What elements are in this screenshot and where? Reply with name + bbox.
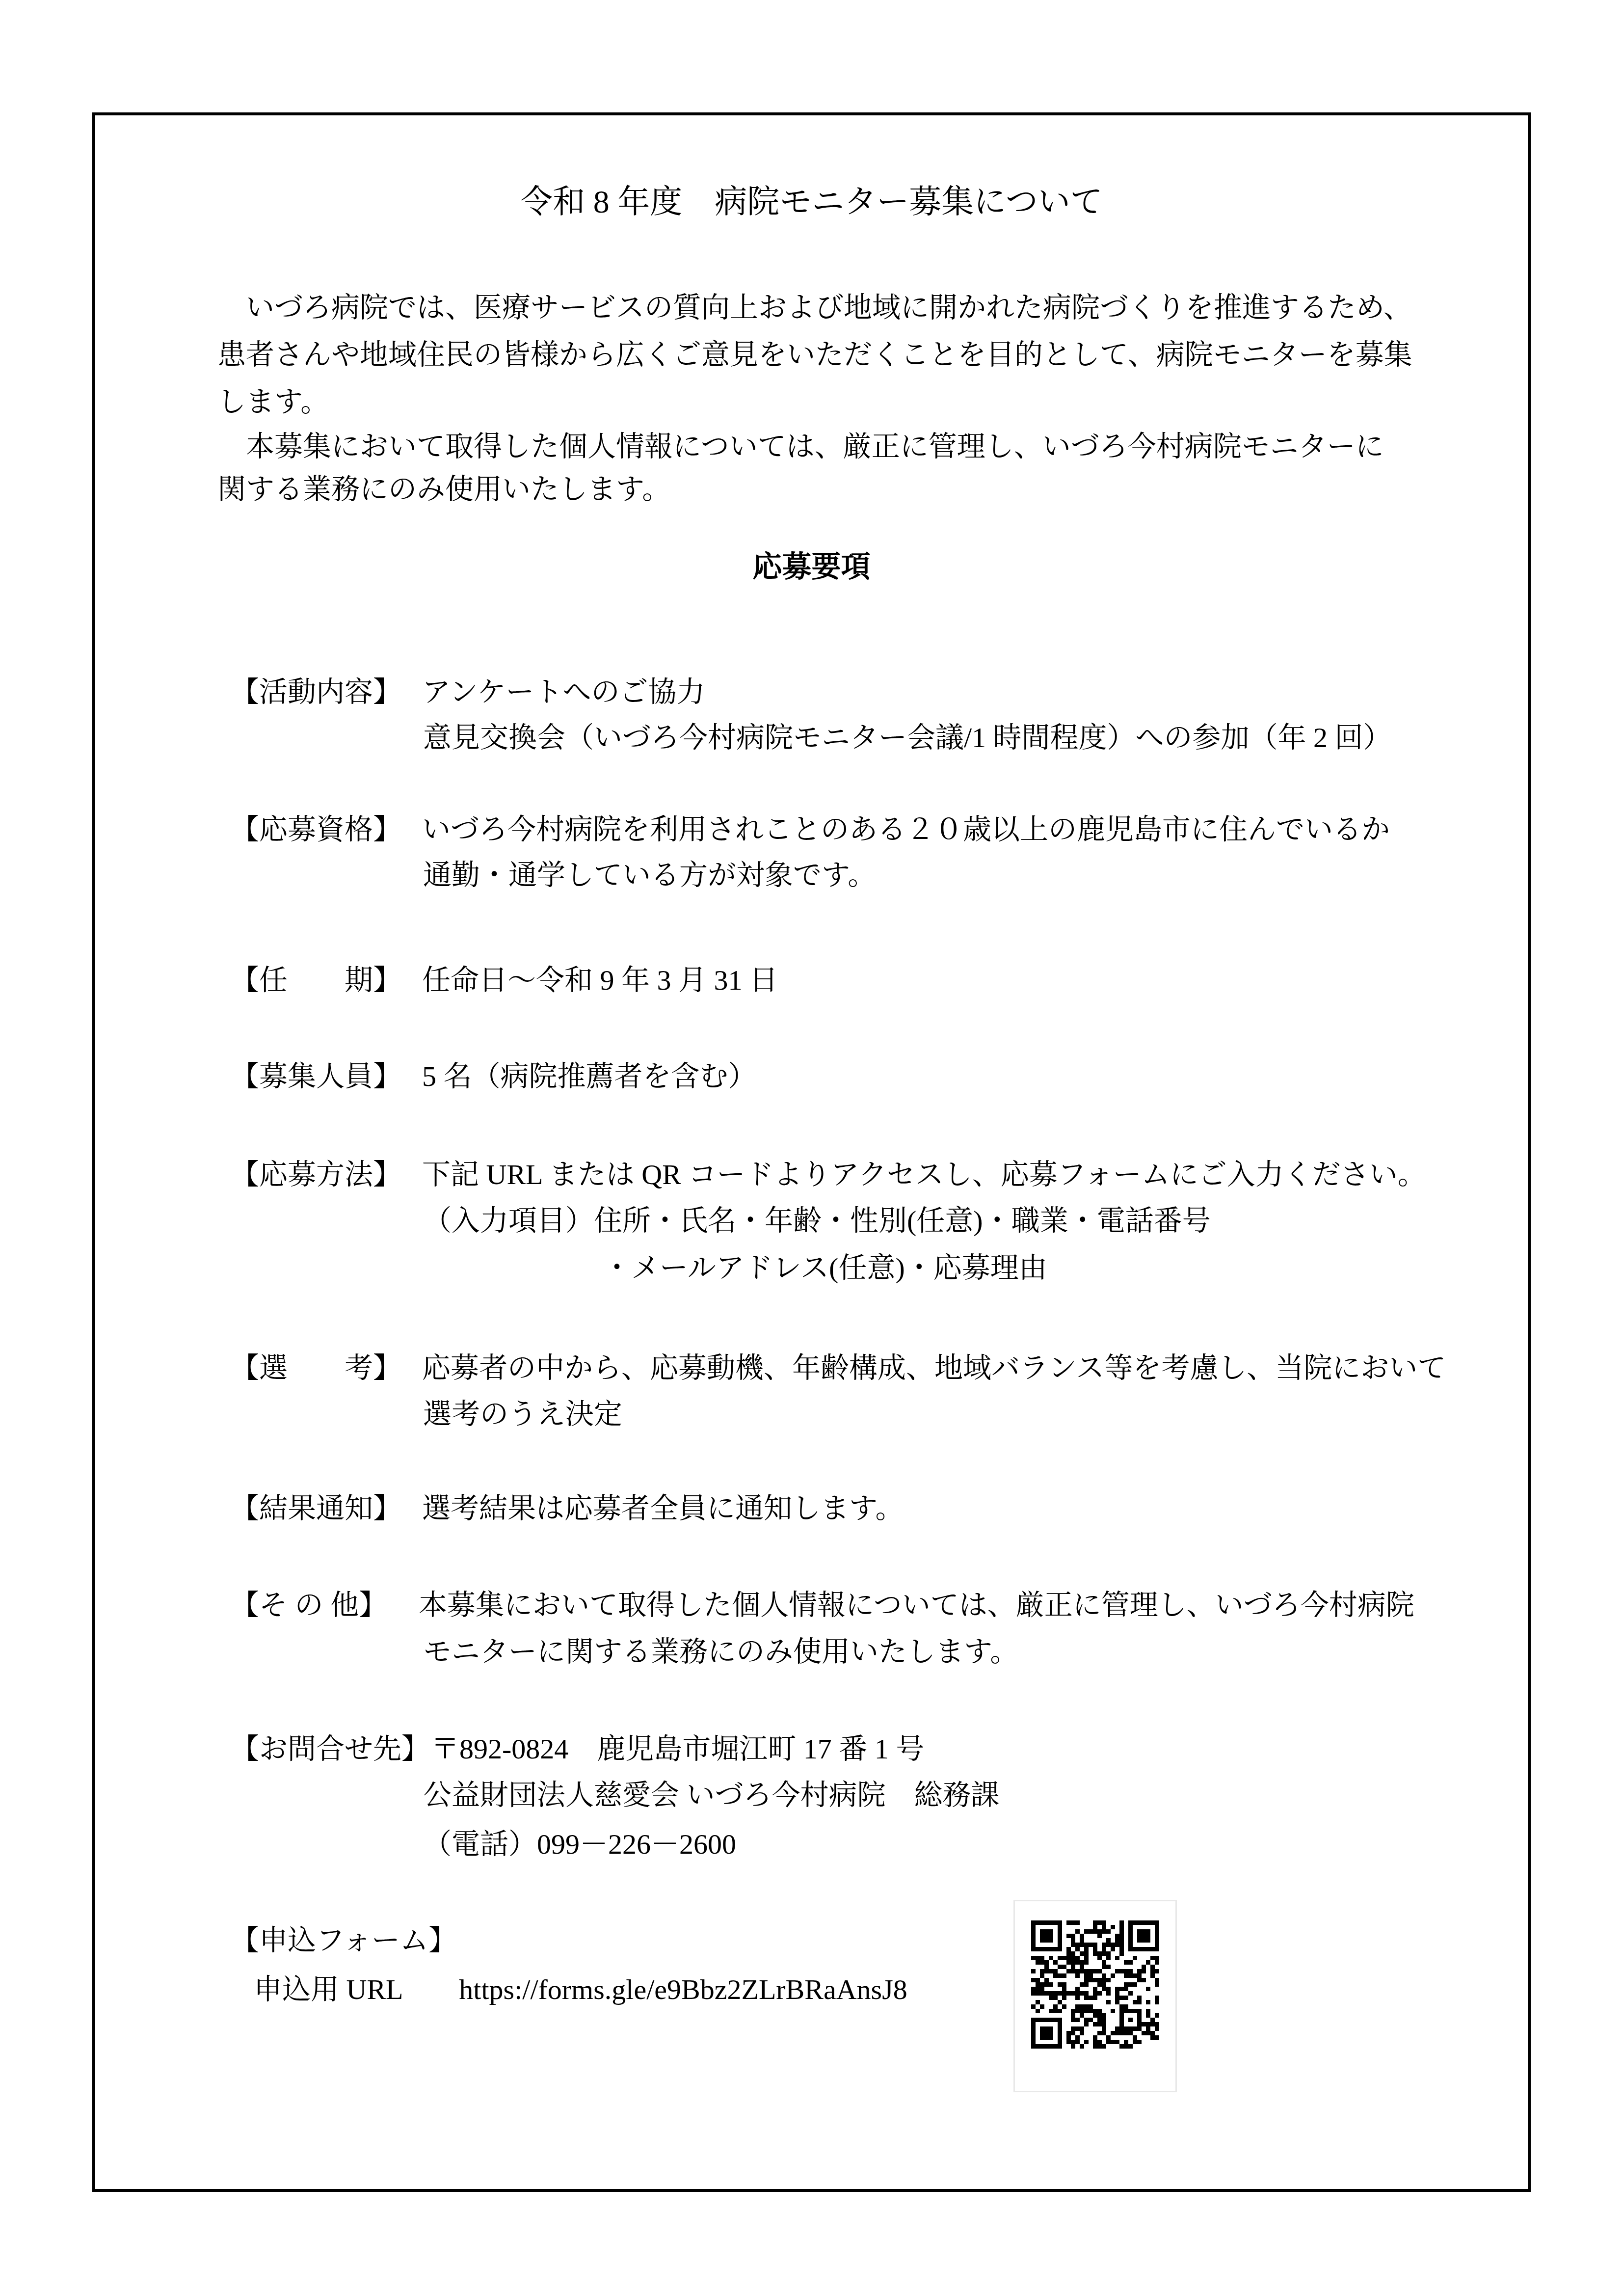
item-label: 【応募方法】: [231, 1159, 401, 1190]
item-text: 5 名（病院推薦者を含む）: [422, 1060, 757, 1092]
item-text: いづろ今村病院を利用されことのある２０歳以上の鹿児島市に住んでいるか: [422, 813, 1390, 845]
section-heading: 応募要項: [92, 549, 1531, 585]
intro-line: いづろ病院では、医療サービスの質向上および地域に開かれた病院づくりを推進するため…: [217, 291, 1412, 325]
item-contact-line1: 【お問合せ先】〒892-0824 鹿児島市堀江町 17 番 1 号: [231, 1732, 924, 1766]
item-selection-line1: 【選 考】応募者の中から、応募動機、年齢構成、地域バランス等を考慮し、当院におい…: [231, 1351, 1446, 1385]
qr-code-box: [1013, 1900, 1177, 2092]
item-contact-line2: 公益財団法人慈愛会 いづろ今村病院 総務課: [423, 1778, 1000, 1812]
item-label: 【応募資格】: [231, 813, 401, 845]
item-capacity-line1: 【募集人員】5 名（病院推薦者を含む）: [231, 1059, 757, 1094]
item-text: 下記 URL または QR コードよりアクセスし、応募フォームにご入力ください。: [422, 1159, 1426, 1190]
item-label: 【結果通知】: [231, 1492, 401, 1524]
form-url-line: 申込用 URL https://forms.gle/e9Bbz2ZLrBRaAn…: [254, 1972, 907, 2007]
item-label: 【そ の 他】: [231, 1589, 387, 1621]
item-howtoapply-line2: （入力項目）住所・氏名・年齢・性別(任意)・職業・電話番号: [423, 1204, 1211, 1238]
document-page: 令和 8 年度 病院モニター募集について いづろ病院では、医療サービスの質向上お…: [0, 0, 1623, 2296]
item-text: アンケートへのご協力: [422, 676, 705, 708]
intro-line: 患者さんや地域住民の皆様から広くご意見をいただくことを目的として、病院モニターを…: [217, 338, 1412, 372]
item-term-line1: 【任 期】任命日～令和 9 年 3 月 31 日: [231, 963, 778, 998]
item-howtoapply-line1: 【応募方法】下記 URL または QR コードよりアクセスし、応募フォームにご入…: [231, 1158, 1426, 1192]
item-eligibility-line1: 【応募資格】いづろ今村病院を利用されことのある２０歳以上の鹿児島市に住んでいるか: [231, 812, 1390, 847]
item-label: 【選 考】: [231, 1352, 401, 1384]
item-text: 応募者の中から、応募動機、年齢構成、地域バランス等を考慮し、当院において: [422, 1352, 1446, 1384]
item-label: 【任 期】: [231, 964, 401, 996]
intro-line: 関する業務にのみ使用いたします。: [217, 472, 670, 507]
item-text: 任命日～令和 9 年 3 月 31 日: [422, 964, 778, 996]
item-selection-line2: 選考のうえ決定: [423, 1397, 622, 1432]
item-activity-line1: 【活動内容】アンケートへのご協力: [231, 675, 705, 709]
page-title: 令和 8 年度 病院モニター募集について: [92, 183, 1531, 222]
item-activity-line2: 意見交換会（いづろ今村病院モニター会議/1 時間程度）への参加（年 2 回）: [423, 721, 1392, 755]
item-other-line2: モニターに関する業務にのみ使用いたします。: [423, 1635, 1018, 1669]
intro-line: 本募集において取得した個人情報については、厳正に管理し、いづろ今村病院モニターに: [217, 430, 1384, 464]
item-howtoapply-line3: ・メールアドレス(任意)・応募理由: [603, 1251, 1047, 1285]
qr-code: [1029, 1918, 1162, 2052]
item-text: 本募集において取得した個人情報については、厳正に管理し、いづろ今村病院: [419, 1589, 1414, 1621]
item-label: 【募集人員】: [231, 1060, 401, 1092]
item-text: 選考結果は応募者全員に通知します。: [422, 1492, 904, 1524]
form-section-label: 【申込フォーム】: [231, 1923, 457, 1958]
item-notification-line1: 【結果通知】選考結果は応募者全員に通知します。: [231, 1491, 904, 1526]
intro-line: します。: [217, 385, 329, 419]
item-label: 【活動内容】: [231, 676, 401, 708]
page-border: [92, 112, 1531, 2192]
item-contact-line3: （電話）099－226－2600: [423, 1827, 736, 1862]
item-eligibility-line2: 通勤・通学している方が対象です。: [423, 858, 876, 892]
item-text: 〒892-0824 鹿児島市堀江町 17 番 1 号: [431, 1733, 924, 1765]
item-label: 【お問合せ先】: [231, 1733, 430, 1765]
item-other-line1: 【そ の 他】本募集において取得した個人情報については、厳正に管理し、いづろ今村…: [231, 1588, 1414, 1622]
